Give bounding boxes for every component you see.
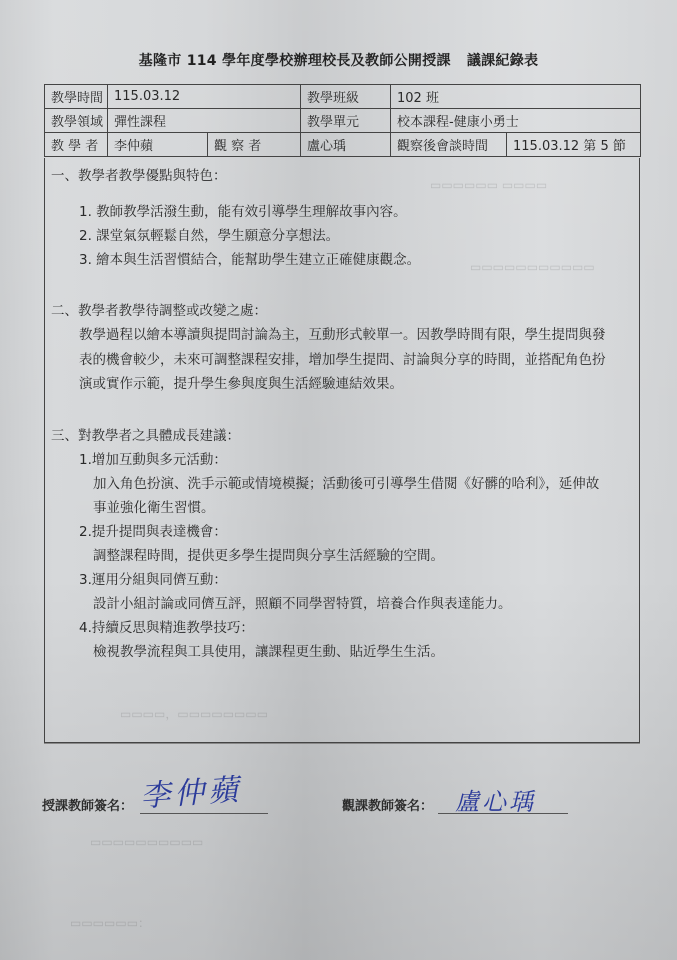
info-row-time-class: 教學時間 115.03.12 教學班級 102 班	[45, 85, 641, 109]
label-teacher: 教 學 者	[45, 133, 108, 157]
observer-signature: 盧心瑀	[455, 782, 536, 817]
suggestion-line: 加入角色扮演、洗手示範或情境模擬；活動後可引導學生借閱《好髒的哈利》，延伸故	[93, 472, 599, 492]
title-suffix: 議課紀錄表	[467, 53, 539, 69]
section-2-line: 表的機會較少，未來可調整課程安排，增加學生提問、討論與分享的時間，並搭配角色扮	[79, 348, 606, 368]
section-1-item: 3. 繪本與生活習慣結合，能幫助學生建立正確健康觀念。	[79, 248, 420, 268]
teacher-signature: 李仲蘋	[139, 764, 244, 815]
comments-box: 一、教學者教學優點與特色： 1. 教師教學活潑生動，能有效引導學生理解故事內容。…	[44, 158, 640, 743]
document-title: 基隆市 114 學年度學校辦理校長及教師公開授課議課紀錄表	[0, 50, 677, 70]
value-observer: 盧心瑀	[301, 133, 391, 157]
bleed-through-text: ▭▭▭▭▭▭▭▭▭▭	[90, 835, 203, 849]
value-teaching-class: 102 班	[391, 85, 641, 109]
suggestion-title: 3.運用分組與同儕互動：	[79, 568, 227, 588]
suggestion-line: 事並強化衛生習慣。	[93, 496, 215, 516]
info-row-domain-unit: 教學領域 彈性課程 教學單元 校本課程-健康小勇士	[45, 109, 641, 133]
teacher-signature-label: 授課教師簽名：	[42, 795, 133, 814]
value-teacher: 李仲蘋	[108, 133, 208, 157]
info-table: 教學時間 115.03.12 教學班級 102 班 教學領域 彈性課程 教學單元…	[44, 84, 641, 157]
section-3-heading: 三、對教學者之具體成長建議：	[51, 424, 240, 444]
label-teaching-domain: 教學領域	[45, 109, 108, 133]
section-2-line: 演或實作示範，提升學生參與度與生活經驗連結效果。	[79, 372, 403, 392]
label-teaching-unit: 教學單元	[301, 109, 391, 133]
section-1-item: 2. 課堂氣氛輕鬆自然，學生願意分享想法。	[79, 224, 339, 244]
value-teaching-time: 115.03.12	[108, 85, 301, 109]
section-2-line: 教學過程以繪本導讀與提問討論為主，互動形式較單一。因教學時間有限，學生提問與發	[79, 323, 606, 343]
section-2-heading: 二、教學者教學待調整或改變之處：	[51, 299, 267, 319]
value-debrief-time: 115.03.12 第 5 節	[507, 133, 641, 157]
suggestion-title: 1.增加互動與多元活動：	[79, 448, 227, 468]
value-teaching-domain: 彈性課程	[108, 109, 301, 133]
label-observer: 觀 察 者	[208, 133, 301, 157]
title-main: 基隆市 114 學年度學校辦理校長及教師公開授課	[139, 53, 451, 69]
info-row-people: 教 學 者 李仲蘋 觀 察 者 盧心瑀 觀察後會談時間 115.03.12 第 …	[45, 133, 641, 157]
suggestion-title: 4.持續反思與精進教學技巧：	[79, 616, 254, 636]
section-1-heading: 一、教學者教學優點與特色：	[51, 164, 227, 184]
suggestion-line: 設計小組討論或同儕互評，照顧不同學習特質，培養合作與表達能力。	[93, 592, 512, 612]
value-teaching-unit: 校本課程-健康小勇士	[391, 109, 641, 133]
observer-signature-label: 觀課教師簽名：	[342, 795, 433, 814]
bleed-through-text: ▭▭▭▭▭▭：	[70, 914, 150, 931]
label-debrief-time: 觀察後會談時間	[391, 133, 507, 157]
section-1-item: 1. 教師教學活潑生動，能有效引導學生理解故事內容。	[79, 200, 407, 220]
label-teaching-class: 教學班級	[301, 85, 391, 109]
suggestion-line: 調整課程時間，提供更多學生提問與分享生活經驗的空間。	[93, 544, 444, 564]
suggestion-line: 檢視教學流程與工具使用，讓課程更生動、貼近學生生活。	[93, 640, 444, 660]
label-teaching-time: 教學時間	[45, 85, 108, 109]
suggestion-title: 2.提升提問與表達機會：	[79, 520, 227, 540]
